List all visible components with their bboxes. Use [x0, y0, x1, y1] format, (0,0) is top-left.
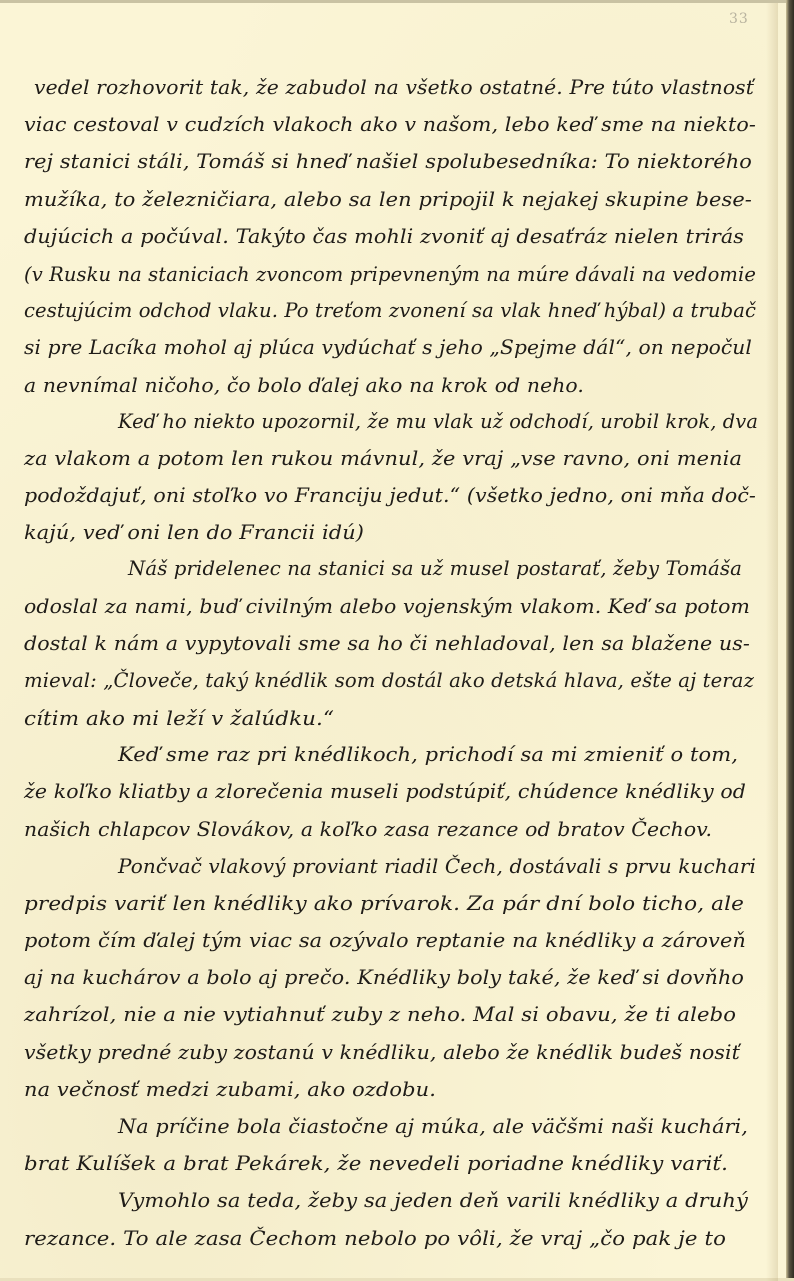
- manuscript-line: za vlakom a potom len rukou mávnul, že v…: [24, 447, 742, 470]
- manuscript-line: že koľko kliatby a zlorečenia museli pod…: [24, 780, 746, 803]
- manuscript-line: rej stanici stáli, Tomáš si hneď našiel …: [24, 150, 752, 173]
- manuscript-line: Keď sme raz pri knédlikoch, prichodí sa …: [118, 743, 738, 766]
- manuscript-line: predpis variť len knédliky ako prívarok.…: [24, 892, 744, 915]
- manuscript-line: Náš pridelenec na stanici sa už musel po…: [128, 557, 742, 580]
- manuscript-line: aj na kuchárov a bolo aj prečo. Knédliky…: [24, 966, 744, 989]
- manuscript-line: potom čím ďalej tým viac sa ozývalo rept…: [24, 929, 746, 952]
- manuscript-line: mužíka, to železničiara, alebo sa len pr…: [24, 188, 752, 211]
- manuscript-page: 33 vedel rozhovorit tak, že zabudol na v…: [0, 0, 786, 1278]
- manuscript-line: (v Rusku na staniciach zvoncom pripevnen…: [24, 263, 756, 286]
- manuscript-line: odoslal za nami, buď civilným alebo voje…: [24, 595, 750, 618]
- manuscript-line: Na príčine bola čiastočne aj múka, ale v…: [118, 1115, 748, 1138]
- page-number: 33: [729, 11, 749, 27]
- manuscript-line: podoždajuť, oni stoľko vo Franciju jedut…: [24, 484, 756, 507]
- manuscript-line: zahrízol, nie a nie vytiahnuť zuby z neh…: [24, 1003, 736, 1026]
- manuscript-line: Keď ho niekto upozornil, že mu vlak už o…: [118, 410, 758, 433]
- manuscript-line: si pre Lacíka mohol aj plúca vydúchať s …: [24, 336, 752, 359]
- manuscript-line: brat Kulíšek a brat Pekárek, že nevedeli…: [24, 1152, 728, 1175]
- manuscript-line: cítim ako mi leží v žalúdku.“: [24, 707, 334, 730]
- binding-edge: [786, 0, 794, 1278]
- manuscript-line: Vymohlo sa teda, žeby sa jeden deň varil…: [118, 1189, 748, 1212]
- manuscript-line: vedel rozhovorit tak, že zabudol na všet…: [34, 76, 754, 99]
- manuscript-line: dostal k nám a vypytovali sme sa ho či n…: [24, 632, 750, 655]
- manuscript-line: cestujúcim odchod vlaku. Po treťom zvone…: [24, 299, 756, 322]
- manuscript-line: rezance. To ale zasa Čechom nebolo po vô…: [24, 1227, 726, 1250]
- manuscript-line: viac cestoval v cudzích vlakoch ako v na…: [24, 113, 756, 136]
- manuscript-line: našich chlapcov Slovákov, a koľko zasa r…: [24, 818, 712, 841]
- manuscript-line: mieval: „Človeče, taký knédlik som dostá…: [24, 669, 754, 692]
- manuscript-line: na večnosť medzi zubami, ako ozdobu.: [24, 1078, 436, 1101]
- manuscript-line: a nevnímal ničoho, čo bolo ďalej ako na …: [24, 374, 584, 397]
- manuscript-line: dujúcich a počúval. Takýto čas mohli zvo…: [24, 225, 744, 248]
- manuscript-line: kajú, veď oni len do Francii idú): [24, 521, 364, 544]
- page-shadow: [766, 3, 778, 1278]
- manuscript-line: všetky predné zuby zostanú v knédliku, a…: [24, 1041, 740, 1064]
- manuscript-line: Pončvač vlakový proviant riadil Čech, do…: [118, 855, 756, 878]
